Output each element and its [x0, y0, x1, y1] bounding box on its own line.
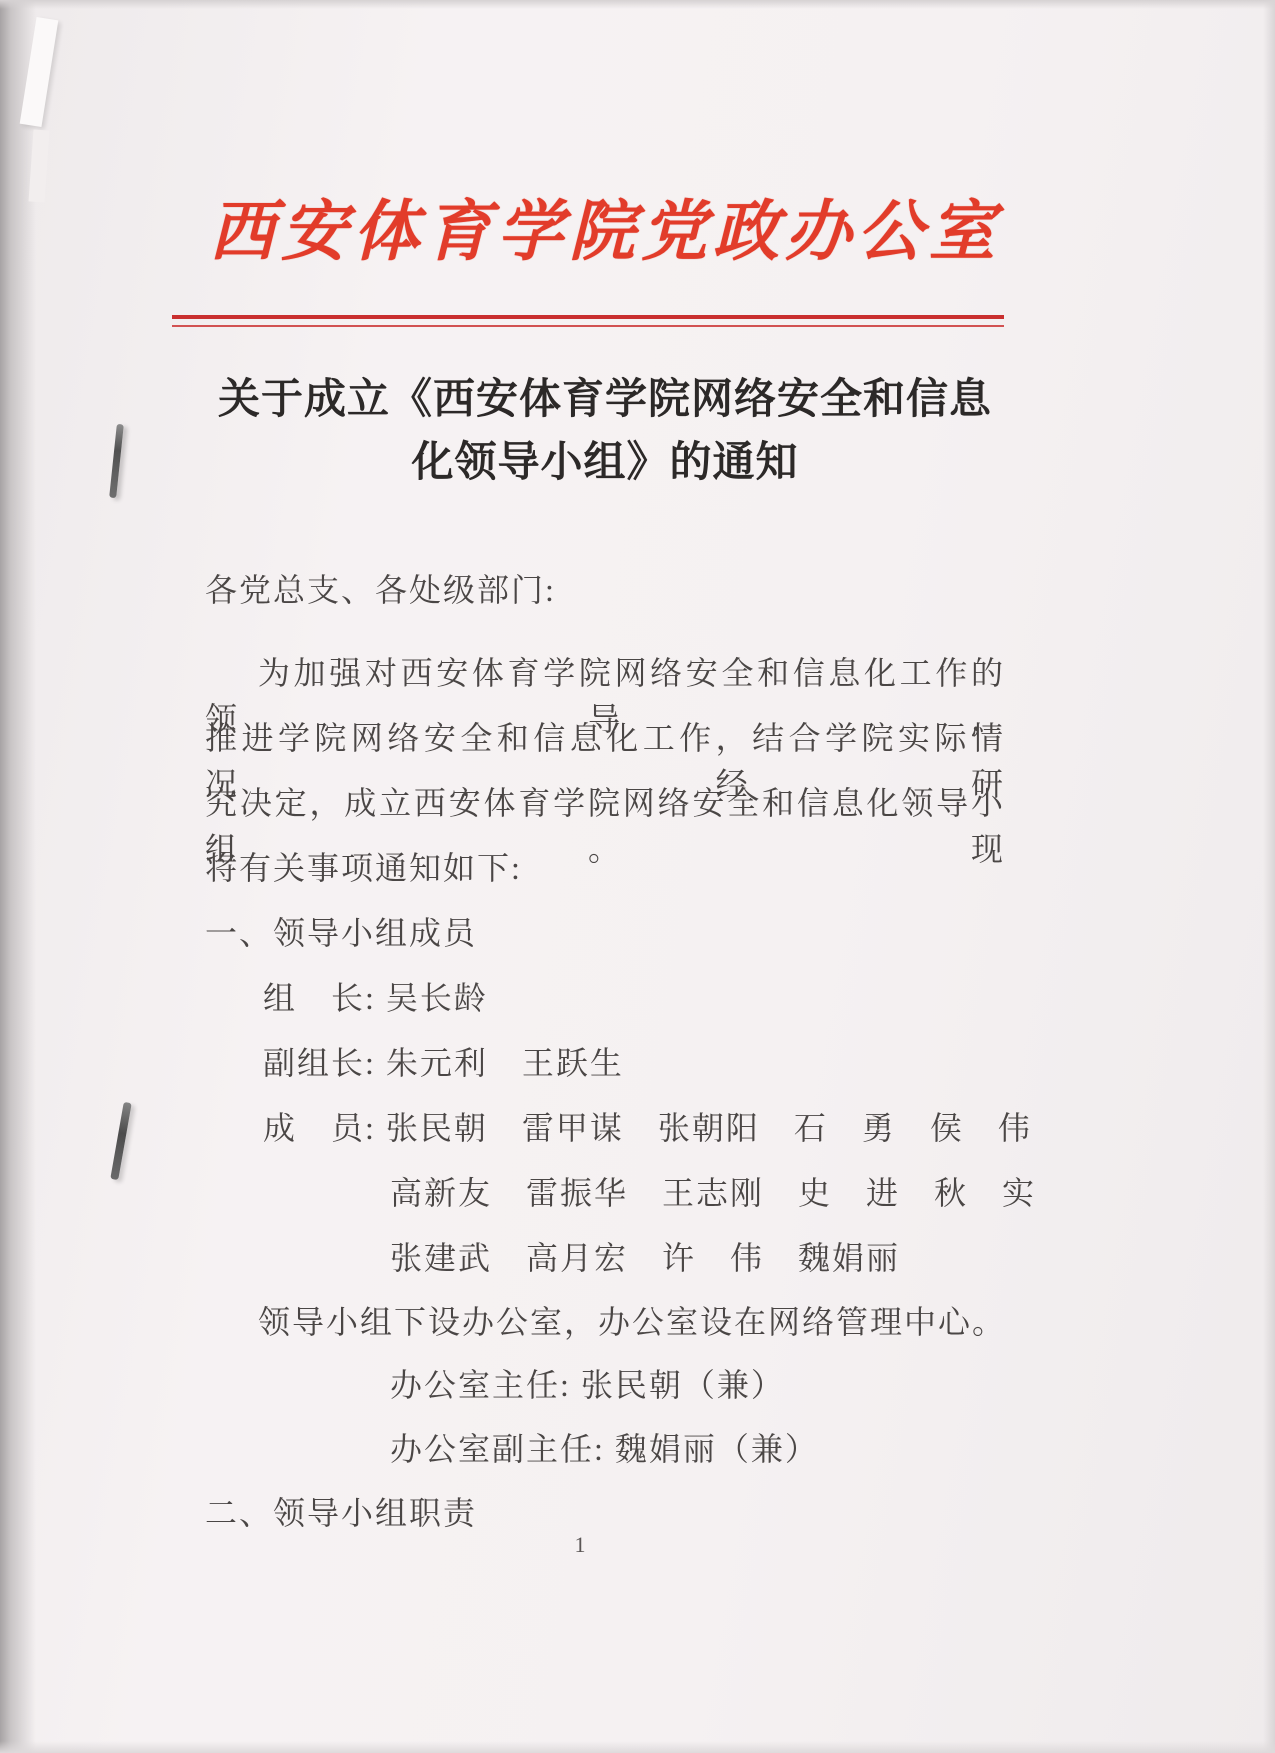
- salutation: 各党总支、各处级部门:: [205, 565, 556, 611]
- paragraph-line: 将有关事项通知如下:: [205, 843, 522, 889]
- scan-edge-bottom: [0, 1741, 1275, 1753]
- office-director-row: 办公室主任: 张民朝（兼）: [390, 1360, 785, 1406]
- letterhead-divider-rule: [172, 315, 1004, 327]
- document-title-line-2: 化领导小组》的通知: [170, 429, 1040, 489]
- office-note: 领导小组下设办公室，办公室设在网络管理中心。: [258, 1297, 1006, 1343]
- staple-mark: [109, 424, 124, 498]
- members-row: 成 员: 张民朝 雷甲谋 张朝阳 石 勇 侯 伟: [263, 1103, 1032, 1149]
- scan-edge-left: [0, 0, 36, 1753]
- section-two-heading: 二、领导小组职责: [205, 1488, 477, 1534]
- scan-edge-top: [0, 0, 1275, 9]
- document-title-line-1: 关于成立《西安体育学院网络安全和信息: [170, 366, 1040, 426]
- members-row: 张建武 高月宏 许 伟 魏娟丽: [390, 1233, 900, 1279]
- section-one-heading: 一、领导小组成员: [205, 908, 477, 954]
- scanned-document-page: 西安体育学院党政办公室 关于成立《西安体育学院网络安全和信息 化领导小组》的通知…: [0, 0, 1275, 1753]
- deputy-leader-row: 副组长: 朱元利 王跃生: [263, 1038, 624, 1084]
- members-row: 高新友 雷振华 王志刚 史 进 秋 实: [390, 1168, 1036, 1214]
- scan-edge-right: [1263, 0, 1275, 1753]
- letterhead-title: 西安体育学院党政办公室: [170, 178, 1040, 273]
- page-number: 1: [540, 1532, 620, 1558]
- office-deputy-director-row: 办公室副主任: 魏娟丽（兼）: [390, 1424, 819, 1470]
- staple-mark: [110, 1102, 131, 1180]
- group-leader-row: 组 长: 吴长龄: [263, 973, 488, 1019]
